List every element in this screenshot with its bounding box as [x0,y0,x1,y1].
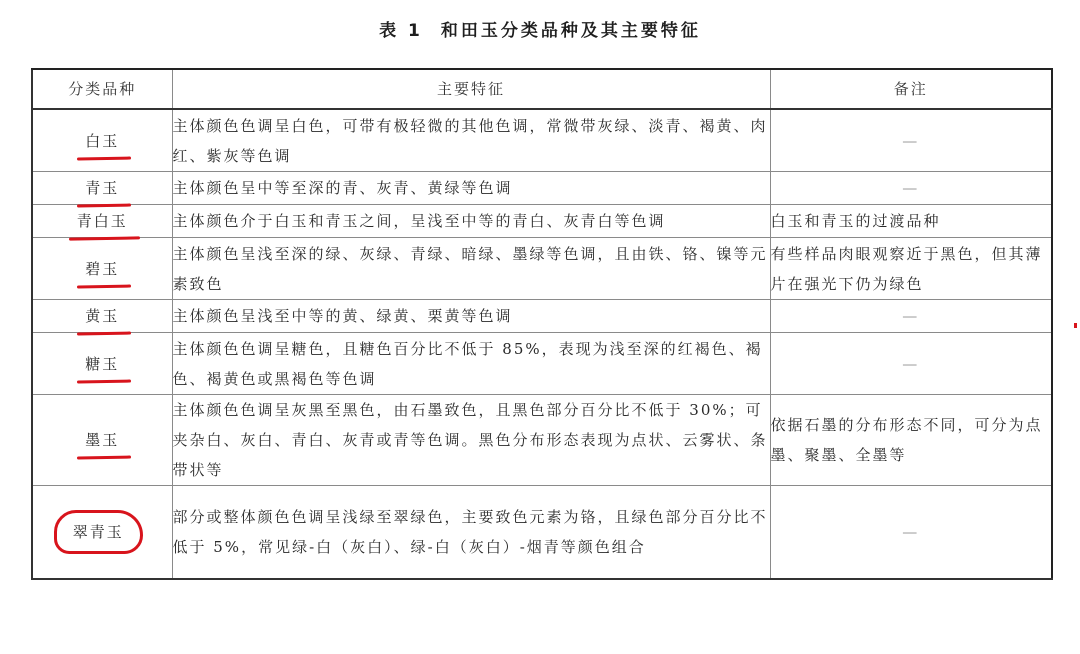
note-cell: — [770,333,1052,395]
note-cell: 白玉和青玉的过渡品种 [770,205,1052,238]
table-row: 黄玉 主体颜色呈浅至中等的黄、绿黄、栗黄等色调 — [32,300,1052,333]
variety-name-underlined: 糖玉 [83,349,121,379]
table-title: 和田玉分类品种及其主要特征 [441,21,701,41]
variety-cell: 白玉 [32,109,172,172]
header-row: 分类品种 主要特征 备注 [32,69,1052,109]
variety-cell: 糖玉 [32,333,172,395]
note-cell: — [770,300,1052,333]
features-cell: 主体颜色呈浅至中等的黄、绿黄、栗黄等色调 [172,300,770,333]
features-cell: 主体颜色色调呈白色，可带有极轻微的其他色调，常微带灰绿、淡青、褐黄、肉红、紫灰等… [172,109,770,172]
table-caption: 表 1和田玉分类品种及其主要特征 [0,16,1080,41]
variety-cell: 墨玉 [32,395,172,486]
header-features: 主要特征 [172,69,770,109]
variety-cell: 翠青玉 [32,486,172,580]
variety-name-underlined: 青白玉 [75,206,130,236]
variety-cell: 青玉 [32,172,172,205]
table-row: 青白玉 主体颜色介于白玉和青玉之间，呈浅至中等的青白、灰青白等色调 白玉和青玉的… [32,205,1052,238]
header-variety: 分类品种 [32,69,172,109]
note-cell: — [770,172,1052,205]
table-number: 表 1 [379,21,423,41]
features-cell: 主体颜色介于白玉和青玉之间，呈浅至中等的青白、灰青白等色调 [172,205,770,238]
table-row: 青玉 主体颜色呈中等至深的青、灰青、黄绿等色调 — [32,172,1052,205]
variety-cell: 青白玉 [32,205,172,238]
features-cell: 主体颜色呈中等至深的青、灰青、黄绿等色调 [172,172,770,205]
variety-name-underlined: 碧玉 [83,254,121,284]
features-cell: 主体颜色呈浅至深的绿、灰绿、青绿、暗绿、墨绿等色调，且由铁、铬、镍等元素致色 [172,238,770,300]
table-row: 碧玉 主体颜色呈浅至深的绿、灰绿、青绿、暗绿、墨绿等色调，且由铁、铬、镍等元素致… [32,238,1052,300]
features-cell: 主体颜色色调呈灰黑至黑色，由石墨致色，且黑色部分百分比不低于 30%；可夹杂白、… [172,395,770,486]
note-cell: — [770,486,1052,580]
variety-name-underlined: 墨玉 [83,425,121,455]
table-row: 翠青玉 部分或整体颜色色调呈浅绿至翠绿色，主要致色元素为铬，且绿色部分百分比不低… [32,486,1052,580]
note-cell: 有些样品肉眼观察近于黑色，但其薄片在强光下仍为绿色 [770,238,1052,300]
features-cell: 部分或整体颜色色调呈浅绿至翠绿色，主要致色元素为铬，且绿色部分百分比不低于 5%… [172,486,770,580]
features-cell: 主体颜色色调呈糖色，且糖色百分比不低于 85%，表现为浅至深的红褐色、褐色、褐黄… [172,333,770,395]
variety-cell: 碧玉 [32,238,172,300]
variety-name-circled: 翠青玉 [54,510,143,554]
table-row: 白玉 主体颜色色调呈白色，可带有极轻微的其他色调，常微带灰绿、淡青、褐黄、肉红、… [32,109,1052,172]
stray-annotation-mark [1074,323,1077,328]
header-notes: 备注 [770,69,1052,109]
variety-name-underlined: 青玉 [83,173,121,203]
jade-classification-table: 分类品种 主要特征 备注 白玉 主体颜色色调呈白色，可带有极轻微的其他色调，常微… [31,68,1053,580]
variety-name-underlined: 黄玉 [83,301,121,331]
variety-name-underlined: 白玉 [83,126,121,156]
table-row: 糖玉 主体颜色色调呈糖色，且糖色百分比不低于 85%，表现为浅至深的红褐色、褐色… [32,333,1052,395]
note-cell: — [770,109,1052,172]
variety-cell: 黄玉 [32,300,172,333]
note-cell: 依据石墨的分布形态不同，可分为点墨、聚墨、全墨等 [770,395,1052,486]
table-row: 墨玉 主体颜色色调呈灰黑至黑色，由石墨致色，且黑色部分百分比不低于 30%；可夹… [32,395,1052,486]
